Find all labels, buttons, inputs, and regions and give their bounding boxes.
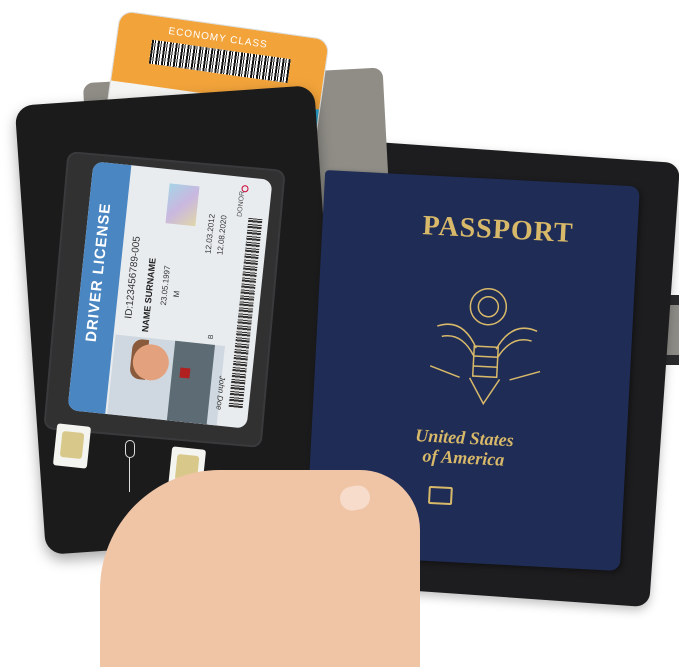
sim-chip-icon — [60, 431, 85, 459]
eagle-seal-icon — [413, 275, 560, 422]
biometric-chip-icon — [428, 486, 453, 505]
photo-tie — [179, 367, 190, 378]
driver-license: DRIVER LICENSE ID:123456789-005 NAME SUR… — [67, 161, 272, 428]
license-id: ID:123456789-005 — [123, 236, 143, 320]
license-dates: 12.03.2012 12.08.2020 — [203, 213, 231, 255]
sim-eject-pin-icon — [125, 440, 133, 490]
passport-title: PASSPORT — [422, 210, 575, 250]
sim-card-left — [53, 423, 91, 468]
product-photo: ECONOMY CLASS NAME OF PASSA JOHN/SMITH L… — [0, 0, 679, 667]
license-name: NAME SURNAME — [140, 257, 158, 332]
license-class: B — [208, 334, 215, 339]
license-sex: M — [172, 290, 182, 298]
license-dob: 23.05.1997 — [159, 265, 172, 306]
photo-suit — [167, 341, 215, 425]
passport-country: United States of America — [398, 424, 530, 471]
hologram-icon — [165, 183, 199, 226]
license-donor: DONOR — [237, 191, 247, 218]
